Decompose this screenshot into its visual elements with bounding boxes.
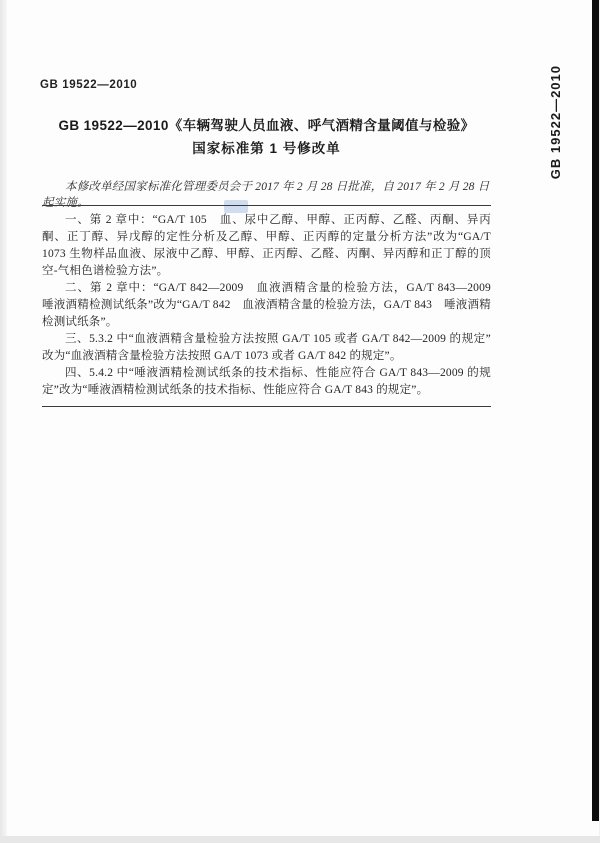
scanned-standard-page: GB 19522—2010 GB 19522—2010《车辆驾驶人员血液、呼气酒… <box>0 0 600 843</box>
amendment-item-4: 四、5.4.2 中“唾液酒精检测试纸条的技术指标、性能应符合 GA/T 843—… <box>42 365 491 399</box>
amendment-item-1: 一、第 2 章中：“GA/T 105 血、尿中乙醇、甲醇、正丙醇、乙醛、丙酮、异… <box>42 212 491 280</box>
closing-rule <box>42 406 491 407</box>
scan-left-edge <box>0 0 7 843</box>
scan-right-black-bar <box>592 0 599 821</box>
amendment-body: 一、第 2 章中：“GA/T 105 血、尿中乙醇、甲醇、正丙醇、乙醛、丙酮、异… <box>42 212 491 407</box>
title-line-1: GB 19522—2010《车辆驾驶人员血液、呼气酒精含量阈值与检验》 <box>42 114 491 137</box>
side-standard-code: GB 19522—2010 <box>542 70 568 174</box>
scan-bottom-edge <box>0 836 600 843</box>
side-standard-code-text: GB 19522—2010 <box>548 65 563 179</box>
amendment-item-3: 三、5.3.2 中“血液酒精含量检验方法按照 GA/T 105 或者 GA/T … <box>42 331 491 365</box>
title-line-2: 国家标准第 1 号修改单 <box>42 137 491 160</box>
document-title: GB 19522—2010《车辆驾驶人员血液、呼气酒精含量阈值与检验》 国家标准… <box>42 114 491 160</box>
header-standard-code: GB 19522—2010 <box>40 79 137 91</box>
notice-separator-rule <box>42 205 491 206</box>
amendment-item-2: 二、第 2 章中：“GA/T 842—2009 血液酒精含量的检验方法，GA/T… <box>42 280 491 331</box>
